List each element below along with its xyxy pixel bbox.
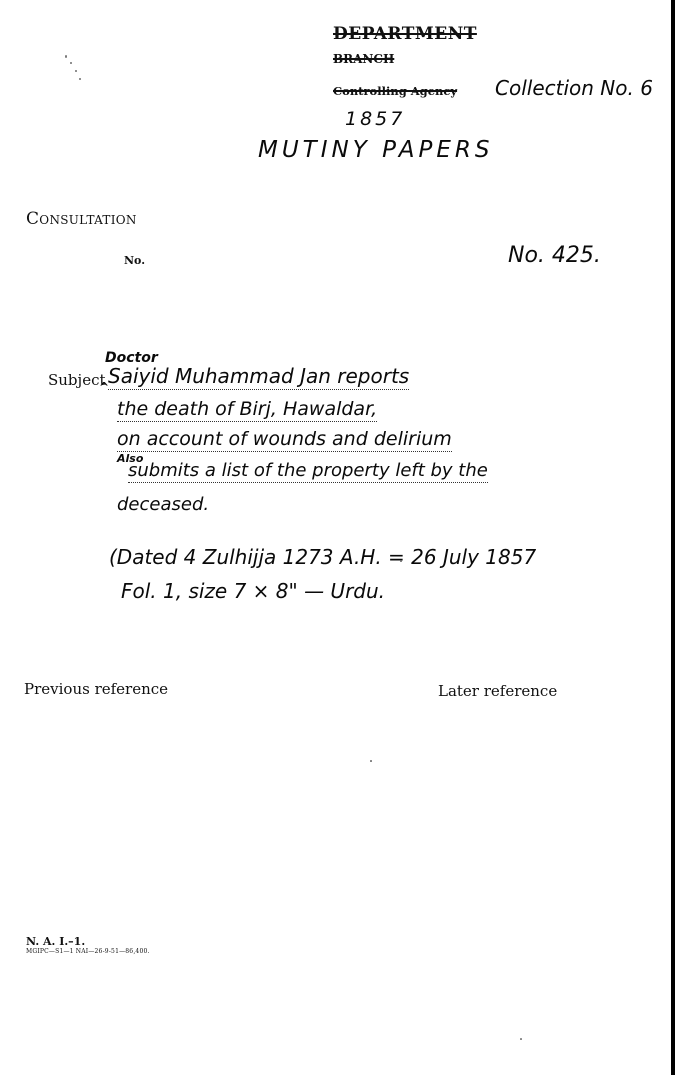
subject-line: on account of wounds and delirium — [117, 428, 452, 452]
controlling-agency-label: Controlling Agency — [333, 84, 457, 98]
department-label: DEPARTMENT — [333, 24, 477, 44]
previous-reference-label: Previous reference — [24, 680, 168, 698]
scan-speck — [75, 70, 77, 72]
year-annotation: 1857 — [345, 108, 405, 130]
collection-title-annotation: MUTINY PAPERS — [258, 137, 494, 163]
scan-speck — [70, 62, 72, 64]
scan-speck — [520, 1038, 522, 1040]
collection-annotation: Collection No. 6 — [495, 76, 653, 100]
later-reference-label: Later reference — [438, 682, 557, 700]
scan-speck — [370, 760, 372, 762]
scan-speck — [400, 560, 402, 562]
consultation-number-value: No. 425. — [508, 243, 601, 268]
consultation-heading: Consultation — [26, 209, 137, 229]
subject-line: deceased. — [117, 494, 209, 515]
scan-speck — [79, 78, 81, 80]
scan-speck — [65, 55, 67, 58]
print-info: MGIPC—S1—1 NAI—26-9-51—86,400. — [26, 948, 150, 955]
subject-line: Saiyid Muhammad Jan reports — [108, 364, 409, 390]
scan-edge-border — [671, 0, 675, 1075]
consultation-number-label: No. — [124, 254, 145, 267]
folio-annotation: Fol. 1, size 7 × 8" — Urdu. — [121, 579, 385, 603]
subject-label: Subject — [48, 371, 106, 389]
subject-line: the death of Birj, Hawaldar, — [117, 398, 377, 422]
branch-label: BRANCH — [333, 52, 394, 66]
dated-annotation: (Dated 4 Zulhijja 1273 A.H. = 26 July 18… — [109, 545, 536, 569]
subject-line: submits a list of the property left by t… — [128, 460, 488, 483]
form-code: N. A. I.–1. — [26, 935, 85, 948]
